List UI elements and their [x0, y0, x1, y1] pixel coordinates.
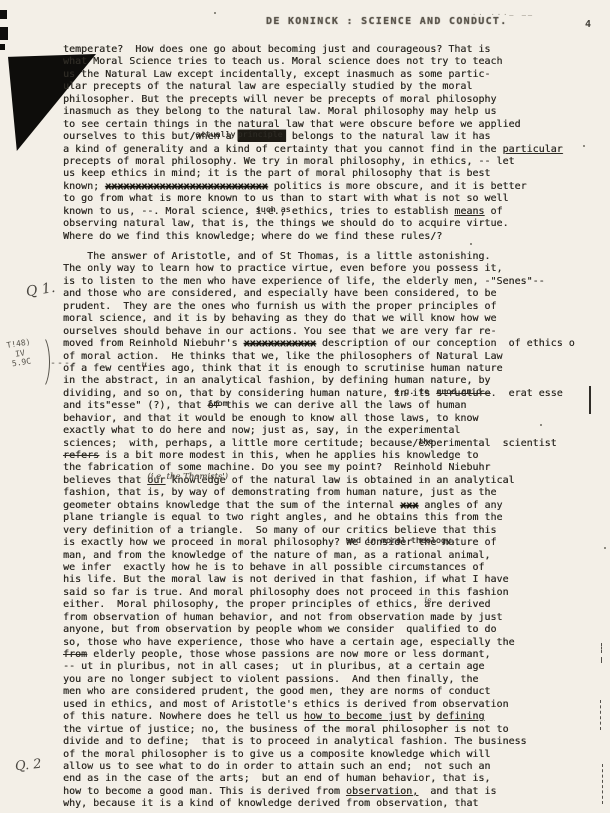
handwritten-insertion: u — [141, 361, 146, 370]
text-line: either. Moral philosophy, the proper pri… — [63, 599, 608, 611]
typed-text: Where do we find this knowledge; where d… — [63, 231, 442, 242]
typescript-body: temperate? How does one go about becomin… — [63, 44, 608, 813]
underlined-text: how to become just — [304, 711, 412, 722]
typed-text: us keep ethics in mind; it is the part o… — [63, 168, 490, 179]
text-line: plane triangle is equal to two right ang… — [63, 512, 608, 524]
typed-text: to see certain things in the natural law… — [63, 119, 521, 130]
margin-stroke — [602, 764, 603, 804]
speck — [470, 243, 472, 245]
text-line: behavior, and that it would be enough to… — [63, 413, 608, 425]
text-line: temperate? How does one go about becomin… — [63, 44, 608, 56]
typed-text: by — [412, 711, 436, 722]
typed-text: The only way to learn how to practice vi… — [63, 263, 503, 274]
speck — [604, 547, 606, 549]
text-line: you are no longer subject to violent pas… — [63, 674, 608, 686]
typed-text: said so far is true. And moral philosoph… — [63, 587, 509, 598]
speck — [540, 424, 542, 426]
text-line: men who are considered prudent, the good… — [63, 686, 608, 698]
scan-edge-artifact — [0, 44, 5, 50]
text-line: philosopher. But the precepts will never… — [63, 94, 608, 106]
text-line: us the Natural Law except incidentally, … — [63, 69, 608, 81]
typed-text: from observation of human behavior, and … — [63, 612, 503, 623]
typed-text: to go from what is more known to us than… — [63, 193, 509, 204]
typed-text: observing natural law, that is, the thin… — [63, 218, 509, 229]
typed-text: exactly what to do here and now; just as… — [63, 425, 460, 436]
text-line: used in ethics, and most of Aristotle's … — [63, 699, 608, 711]
text-line: inasmuch as they belong to the natural l… — [63, 106, 608, 118]
typed-text: what Moral Science tries to teach us. Mo… — [63, 56, 503, 67]
text-line: ourselves to this but/actuallywhen a pri… — [63, 131, 608, 143]
overtyped-deletion: xxxxxxxxxxxxxxxxxxxxxxxxxxx — [105, 181, 268, 192]
typed-text: politics is more obscure, and it is bett… — [268, 181, 527, 192]
typed-text: moral science, and it is by behaving as … — [63, 313, 496, 324]
underlined-text: means — [454, 206, 484, 217]
speck — [583, 145, 585, 147]
overtyped-deletion: xxx — [400, 500, 418, 511]
text-line: to go from what is more known to us than… — [63, 193, 608, 205]
typed-text: . erat esse — [490, 388, 562, 399]
typed-text: known; — [63, 181, 105, 192]
text-line: from elderly people, those whose passion… — [63, 649, 608, 661]
text-line: of a few centuries ago, think that it is… — [63, 363, 608, 375]
margin-note-q2: Q. 2 — [14, 757, 42, 775]
typed-text: sciences; with, perhaps, a little more c… — [63, 438, 418, 449]
text-line: us keep ethics in mind; it is the part o… — [63, 168, 608, 180]
text-line: what Moral Science tries to teach us. Mo… — [63, 56, 608, 68]
typed-text: -- ut in pluribus, not in all cases; ut … — [63, 661, 484, 672]
struck-text: refers — [63, 450, 99, 461]
typed-text: you are no longer subject to violent pas… — [63, 674, 478, 685]
handwritten-insertion: (i.e. the Thomists') — [147, 473, 228, 482]
text-line: why, because it is a kind of knowledge d… — [63, 798, 608, 810]
typed-text: ourselves should behave in our actions. … — [63, 326, 496, 337]
underlined-text: defining — [436, 711, 484, 722]
typed-text: used in ethics, and most of Aristotle's … — [63, 699, 509, 710]
text-line: from observation of human behavior, and … — [63, 612, 608, 624]
text-line: his life. But the moral law is not deriv… — [63, 574, 608, 586]
typed-text: inasmuch as they belong to the natural l… — [63, 106, 496, 117]
text-line: in the abstract, in an analytical fashio… — [63, 375, 608, 387]
text-line: said so far is true. And moral philosoph… — [63, 587, 608, 599]
scan-edge-artifact — [0, 27, 8, 40]
text-line: moved from Reinhold Niebuhr's xxxxxxxxxx… — [63, 338, 608, 350]
typed-text: either. Moral philosophy, the proper pri… — [63, 599, 424, 610]
typed-text: the fabrication of some machine. Do you … — [63, 462, 490, 473]
typed-text: temperate? How does one go about becomin… — [63, 44, 490, 55]
typed-text: fashion, that is, by way of demonstratin… — [63, 487, 496, 498]
text-line: moral science, and it is by behaving as … — [63, 313, 608, 325]
typed-text: ular precepts of the natural law are esp… — [63, 81, 472, 92]
text-line: anyone, but from observation by people w… — [63, 624, 608, 636]
scan-speckle: ·· ···– –– — [472, 11, 534, 19]
typed-text: and those who are considered, and especi… — [63, 288, 496, 299]
typed-text: anyone, but from observation by people w… — [63, 624, 496, 635]
typed-text: behavior, and that it would be enough to… — [63, 413, 478, 424]
text-line: exactly what to do here and now; just as… — [63, 425, 608, 437]
margin-stroke — [589, 386, 591, 414]
typed-text: is to listen to the men who have experie… — [63, 276, 545, 287]
text-line: sciences; with, perhaps, a little more c… — [63, 438, 608, 450]
text-line: The only way to learn how to practice vi… — [63, 263, 608, 275]
scanned-document-page: DE KONINCK : SCIENCE AND CONDUCT. 4 ·· ·… — [0, 0, 610, 813]
typed-text: precepts of moral philosophy. We try in … — [63, 156, 515, 167]
typed-text: in the abstract, in an analytical fashio… — [63, 375, 490, 386]
text-line: geometer obtains knowledge that the sum … — [63, 500, 608, 512]
text-line: to see certain things in the natural law… — [63, 119, 608, 131]
typed-text: divide and to define; that is to proceed… — [63, 736, 527, 747]
speck — [214, 12, 216, 14]
text-line: refers is a bit more modest in this, whe… — [63, 450, 608, 462]
text-line: believes that (i.e. the Thomists')our kn… — [63, 475, 608, 487]
typed-text: ries ago, think that it is enough to scr… — [141, 363, 502, 374]
typed-text: believes that — [63, 475, 147, 486]
paragraph: temperate? How does one go about becomin… — [63, 44, 608, 243]
handwritten-insertion: is — [424, 597, 431, 606]
margin-dashes: ---- — [50, 358, 78, 369]
text-line: the fabrication of some machine. Do you … — [63, 462, 608, 474]
underlined-text: particular — [503, 144, 563, 155]
text-line: fashion, that is, by way of demonstratin… — [63, 487, 608, 499]
typed-text: plane triangle is equal to two right ang… — [63, 512, 503, 523]
typed-text: dividing, and so on, that by considering… — [63, 388, 394, 399]
typed-text: of — [484, 206, 502, 217]
typed-text: known to us, --. Moral science, — [63, 206, 256, 217]
typed-text: ourselves to this but/ — [63, 131, 195, 142]
typed-text: experimental scientist — [418, 438, 556, 449]
text-line: ular precepts of the natural law are esp… — [63, 81, 608, 93]
typed-insertion: such as — [256, 205, 291, 213]
text-line: of this nature. Nowhere does he tell us … — [63, 711, 608, 723]
margin-stroke — [601, 657, 602, 663]
typed-text: how to become a good man. This is derive… — [63, 786, 346, 797]
text-line: is to listen to the men who have experie… — [63, 276, 608, 288]
text-line: the virtue of justice; no, the business … — [63, 724, 608, 736]
typed-text: man, and from the knowledge of the natur… — [63, 550, 490, 561]
text-line: allow us to see what to do in order to a… — [63, 761, 608, 773]
typed-text: of this nature. Nowhere does he tell us — [63, 711, 304, 722]
typed-text: a kind of generality and a kind of certa… — [63, 144, 503, 155]
margin-note-q1: Q 1. — [25, 280, 56, 300]
typed-text: elderly people, those whose passions are… — [87, 649, 490, 660]
text-line: and its"esse" (?), that fromof this we c… — [63, 400, 608, 412]
text-line: known; xxxxxxxxxxxxxxxxxxxxxxxxxxx polit… — [63, 181, 608, 193]
typed-text: are derived — [424, 599, 490, 610]
underlined-text: observation, — [346, 786, 418, 797]
typed-text: his life. But the moral law is not deriv… — [63, 574, 509, 585]
typed-text: we infer exactly how he is to behave in … — [63, 562, 484, 573]
text-line: of the moral philosopher is to give us a… — [63, 749, 608, 761]
typed-text: is a bit more modest in this, when he ap… — [99, 450, 478, 461]
typed-text: and that is — [418, 786, 496, 797]
text-line: prudent. They are the ones who furnish u… — [63, 301, 608, 313]
typed-insertion: and in moral theology. — [346, 536, 456, 544]
typed-text: philosopher. But the precepts will never… — [63, 94, 496, 105]
typed-insertion: the — [418, 437, 433, 445]
overtyped-deletion: xxxxxxxxxxxx — [244, 338, 316, 349]
text-line: -- ut in pluribus, not in all cases; ut … — [63, 661, 608, 673]
paragraph: The answer of Aristotle, and of St Thoma… — [63, 251, 608, 811]
margin-stroke — [601, 643, 602, 653]
typed-text: allow us to see what to do in order to a… — [63, 761, 490, 772]
page-number: 4 — [585, 19, 591, 30]
text-line: man, and from the knowledge of the natur… — [63, 550, 608, 562]
typed-text: and its"esse" (?), that — [63, 400, 208, 411]
typed-text: of the moral philosopher is to give us a… — [63, 749, 490, 760]
typed-text: why, because it is a kind of knowledge d… — [63, 798, 478, 809]
typed-insertion: from — [208, 399, 228, 407]
text-line: precepts of moral philosophy. We try in … — [63, 156, 608, 168]
typed-text: the virtue of justice; no, the business … — [63, 724, 509, 735]
typed-text: men who are considered prudent, the good… — [63, 686, 490, 697]
text-line: divide and to define; that is to proceed… — [63, 736, 608, 748]
scan-edge-artifact — [0, 10, 7, 19]
typed-insertion: actually — [195, 130, 235, 138]
text-line: ourselves should behave in our actions. … — [63, 326, 608, 338]
text-line: a kind of generality and a kind of certa… — [63, 144, 608, 156]
text-line: known to us, --. Moral science, such asi… — [63, 206, 608, 218]
text-line: observing natural law, that is, the thin… — [63, 218, 608, 230]
typed-text: so, those who have experience, those who… — [63, 637, 515, 648]
typed-text: belongs to the natural law it has — [286, 131, 491, 142]
text-line: dividing, and so on, that by considering… — [63, 388, 608, 400]
margin-note-paren — [32, 335, 50, 389]
text-line: very definition of a triangle. So many o… — [63, 525, 608, 537]
typed-text: prudent. They are the ones who furnish u… — [63, 301, 496, 312]
typed-text: this we can derive all the laws of human — [220, 400, 467, 411]
text-line: we infer exactly how he is to behave in … — [63, 562, 608, 574]
typed-insertion: quod quid — [436, 387, 481, 395]
typed-text: of moral action. He thinks that we, like… — [63, 351, 503, 362]
text-line: Where do we find this knowledge; where d… — [63, 231, 608, 243]
margin-stroke — [600, 700, 601, 730]
text-line: how to become a good man. This is derive… — [63, 786, 608, 798]
typed-insertion: e.g. to — [394, 387, 429, 395]
text-line: and those who are considered, and especi… — [63, 288, 608, 300]
struck-text: from — [63, 649, 87, 660]
typed-text: is exactly how we proceed in moral philo… — [63, 537, 346, 548]
text-line: The answer of Aristotle, and of St Thoma… — [63, 251, 608, 263]
text-line: end as in the case of the arts; but an e… — [63, 773, 608, 785]
typed-text: us the Natural Law except incidentally, … — [63, 69, 490, 80]
typed-text: geometer obtains knowledge that the sum … — [63, 500, 400, 511]
typed-text: moved from Reinhold Niebuhr's — [63, 338, 244, 349]
typed-text: end as in the case of the arts; but an e… — [63, 773, 490, 784]
typed-text: description of our conception of ethics … — [316, 338, 575, 349]
typed-text: angles of any — [418, 500, 502, 511]
typed-insertion: principle — [238, 130, 283, 138]
typed-text: very definition of a triangle. So many o… — [63, 525, 496, 536]
text-line: so, those who have experience, those who… — [63, 637, 608, 649]
typed-text: The answer of Aristotle, and of St Thoma… — [63, 251, 490, 262]
text-line: is exactly how we proceed in moral philo… — [63, 537, 608, 549]
